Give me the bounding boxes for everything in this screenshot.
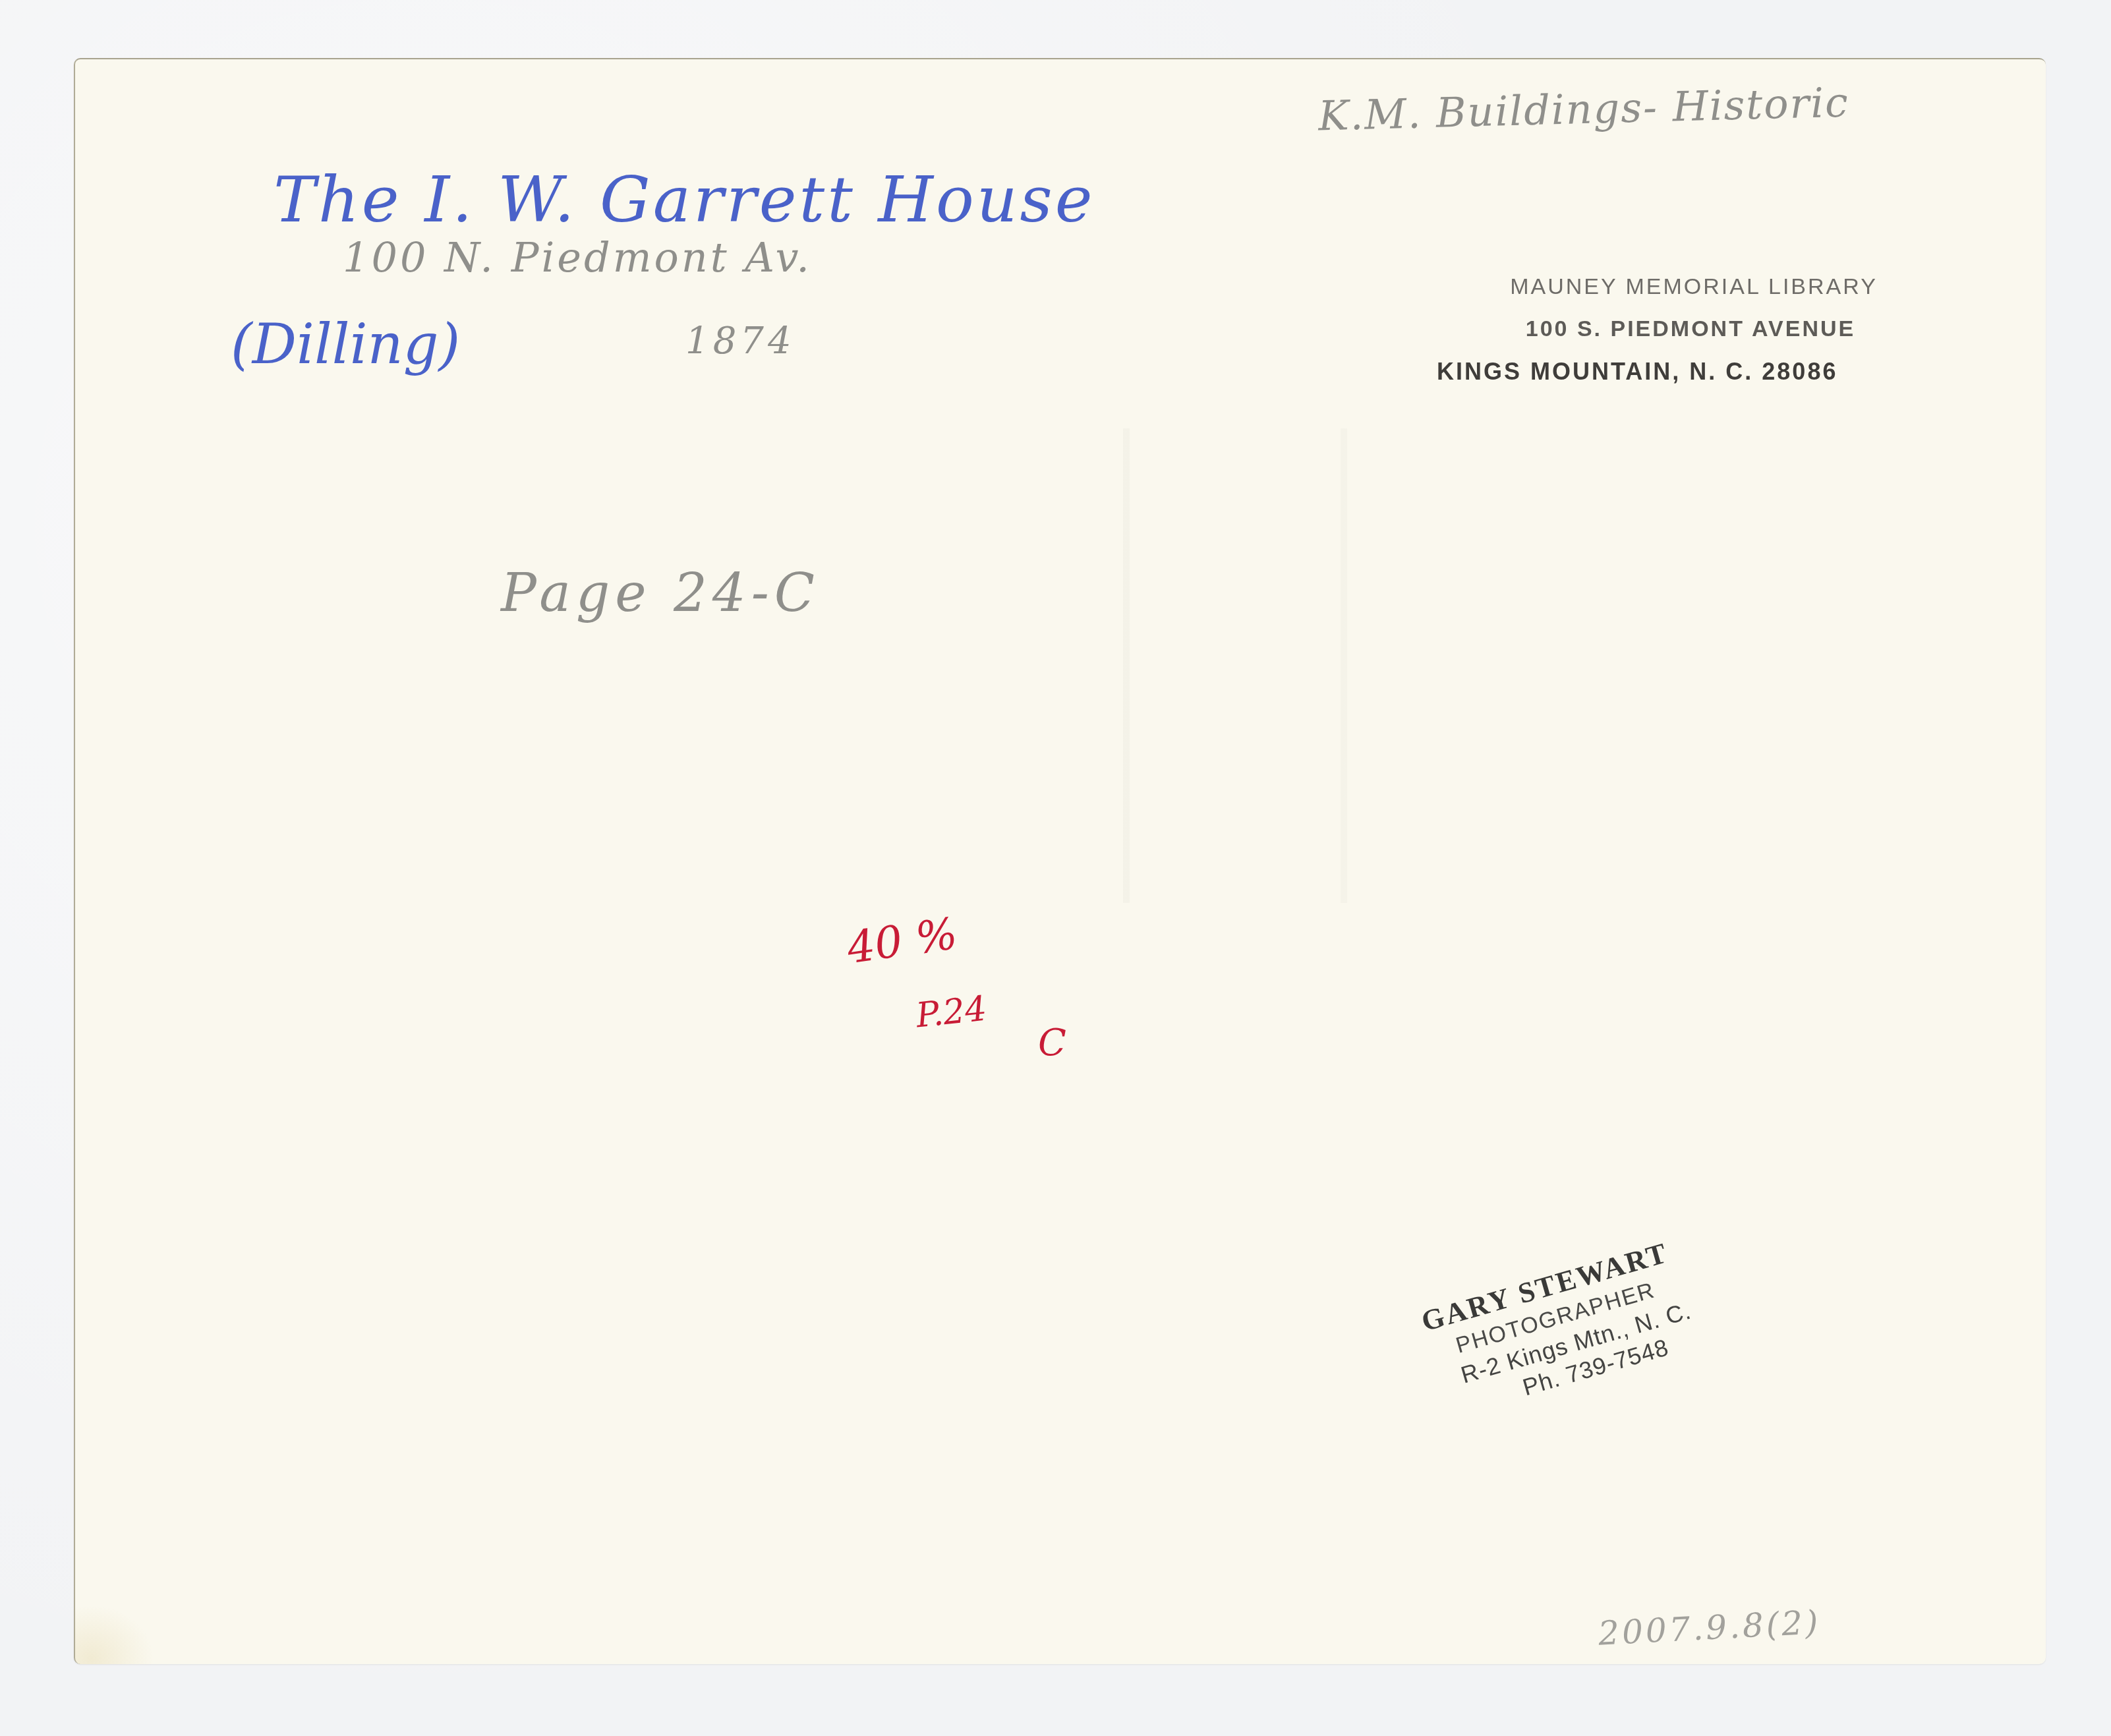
library-stamp: MAUNEY MEMORIAL LIBRARY 100 S. PIEDMONT …	[1430, 275, 1944, 384]
year-note: 1874	[685, 323, 795, 360]
page-reference-note: Page 24-C	[501, 567, 820, 620]
paper-stain	[75, 1605, 154, 1664]
red-page-letter-note: C	[1038, 1025, 1066, 1062]
house-title-note: The I. W. Garrett House	[274, 168, 1095, 231]
address-note: 100 N. Piedmont Av.	[343, 237, 812, 278]
library-stamp-city: KINGS MOUNTAIN, N. C. 28086	[1430, 360, 1944, 384]
red-page-note: P.24	[915, 992, 989, 1033]
family-name-note: (Dilling)	[231, 316, 460, 372]
library-stamp-street: 100 S. PIEDMONT AVENUE	[1430, 318, 1944, 340]
library-stamp-name: MAUNEY MEMORIAL LIBRARY	[1430, 275, 1944, 298]
